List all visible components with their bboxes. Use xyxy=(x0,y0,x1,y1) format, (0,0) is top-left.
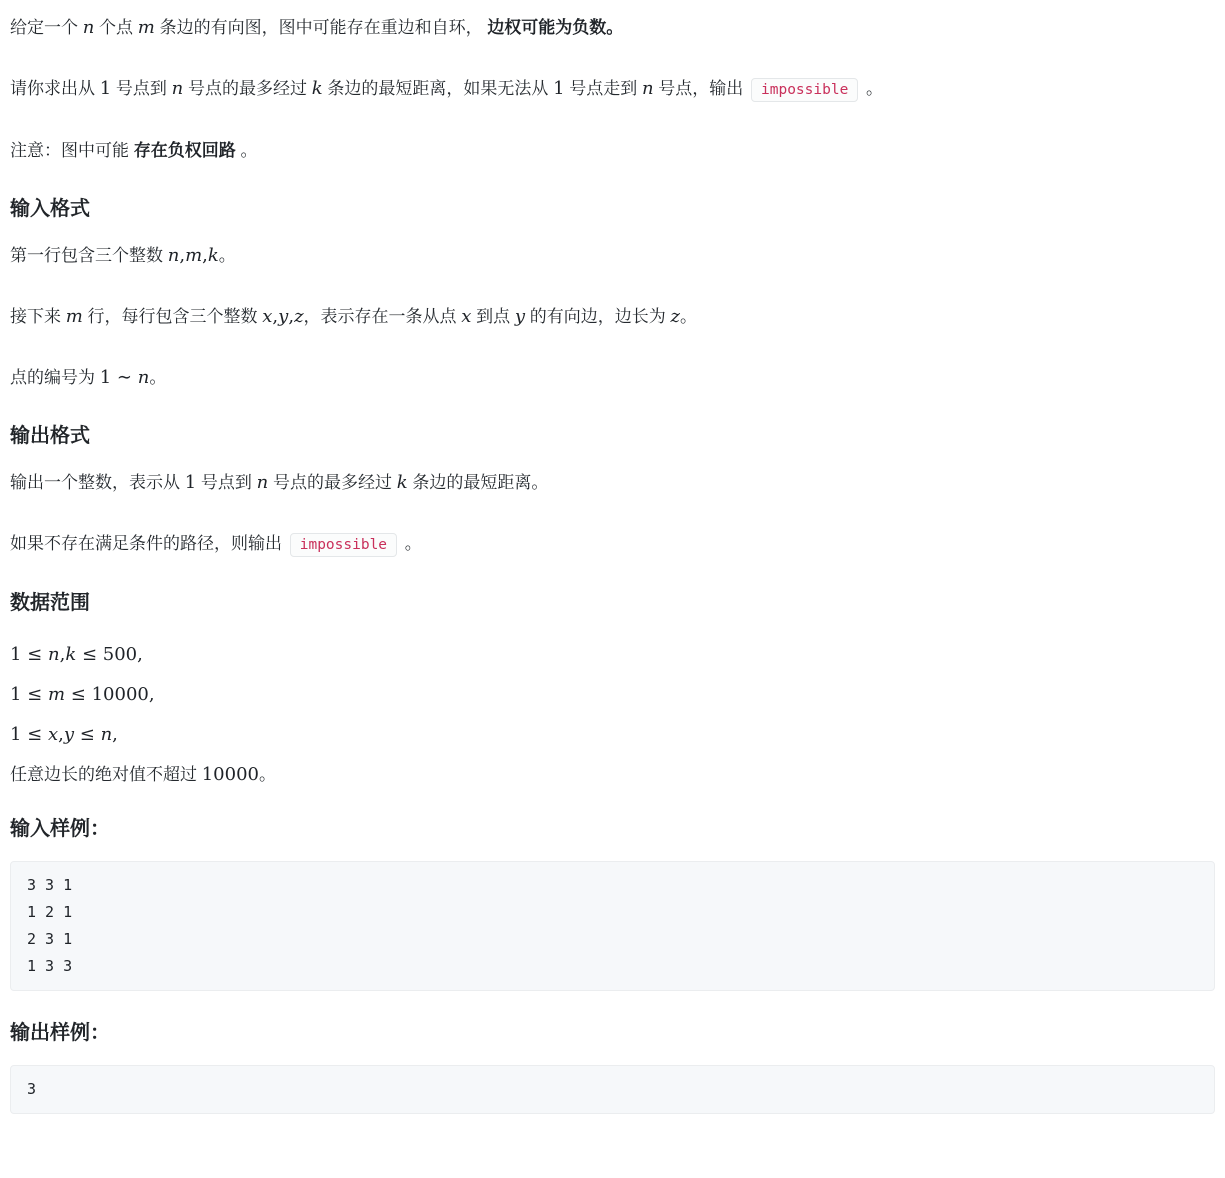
math: 1 ≤ xyxy=(10,684,48,705)
paragraph-input-line3: 点的编号为 1 ∼ n。 xyxy=(10,363,1215,393)
math: 1 xyxy=(185,472,196,493)
text-run: 接下来 xyxy=(10,307,66,326)
text-run: 条边的最短距离，如果无法从 xyxy=(323,79,553,98)
heading-output-format: 输出格式 xyxy=(10,424,1215,448)
data-range-line: 1 ≤ x,y ≤ n, xyxy=(10,715,1215,755)
paragraph-input-line1: 第一行包含三个整数 n,m,k。 xyxy=(10,241,1215,271)
paragraph-data-range: 1 ≤ n,k ≤ 500, 1 ≤ m ≤ 10000, 1 ≤ x,y ≤ … xyxy=(10,635,1215,795)
math-var: y xyxy=(515,306,525,327)
bold-text: 边权可能为负数。 xyxy=(487,18,623,37)
paragraph-output-line1: 输出一个整数，表示从 1 号点到 n 号点的最多经过 k 条边的最短距离。 xyxy=(10,468,1215,498)
math-var: n xyxy=(642,78,654,99)
math-var: k xyxy=(312,78,323,99)
math-var: n xyxy=(101,724,113,745)
heading-output-sample: 输出样例： xyxy=(10,1021,1215,1045)
heading-input-sample: 输入样例： xyxy=(10,817,1215,841)
math-var: z xyxy=(671,306,680,327)
math: 1 xyxy=(553,78,564,99)
math-var: y xyxy=(278,306,288,327)
math-var: m xyxy=(66,306,83,327)
text-run: 。 xyxy=(236,141,258,160)
text-run: 点的编号为 xyxy=(10,368,100,387)
text-run: 。 xyxy=(219,246,236,265)
text-run: 号点的最多经过 xyxy=(183,79,311,98)
math-var: z xyxy=(294,306,303,327)
heading-input-format: 输入格式 xyxy=(10,197,1215,221)
text-run: 任意边长的绝对值不超过 xyxy=(10,765,202,784)
text-run: 输出一个整数，表示从 xyxy=(10,473,185,492)
text-run: 号点到 xyxy=(196,473,256,492)
paragraph-task: 请你求出从 1 号点到 n 号点的最多经过 k 条边的最短距离，如果无法从 1 … xyxy=(10,74,1215,105)
paragraph-output-line2: 如果不存在满足条件的路径，则输出 impossible 。 xyxy=(10,529,1215,560)
text-run: ，表示存在一条从点 xyxy=(304,307,462,326)
text-run: 号点走到 xyxy=(565,79,642,98)
inline-code: impossible xyxy=(290,533,397,557)
math: , xyxy=(137,644,143,665)
math: , xyxy=(149,684,155,705)
text-run: 号点的最多经过 xyxy=(268,473,396,492)
text-run: 。 xyxy=(680,307,697,326)
text-run: 条边的有向图，图中可能存在重边和自环， xyxy=(155,18,487,37)
math-var: k xyxy=(65,644,76,665)
text-run: 。 xyxy=(149,368,166,387)
math-var: m xyxy=(48,684,65,705)
text-run: 。 xyxy=(259,765,276,784)
math: 1 ∼ xyxy=(100,367,138,388)
text-run: 。 xyxy=(400,534,422,553)
text-run: 到点 xyxy=(471,307,514,326)
math-var: k xyxy=(397,472,408,493)
output-sample-code-block: 3 xyxy=(10,1065,1215,1114)
text-run: 注意：图中可能 xyxy=(10,141,134,160)
math: 1 ≤ xyxy=(10,644,48,665)
math-var: k xyxy=(208,245,219,266)
math-var: x xyxy=(262,306,272,327)
text-run: 号点，输出 xyxy=(654,79,748,98)
math: 1 xyxy=(100,78,111,99)
math: 1 ≤ xyxy=(10,724,48,745)
paragraph-input-line2: 接下来 m 行，每行包含三个整数 x,y,z，表示存在一条从点 x 到点 y 的… xyxy=(10,302,1215,332)
data-range-line: 1 ≤ n,k ≤ 500, xyxy=(10,635,1215,675)
math: ≤ 10000 xyxy=(65,684,149,705)
math: , xyxy=(112,724,118,745)
data-range-line: 1 ≤ m ≤ 10000, xyxy=(10,675,1215,715)
math-var: y xyxy=(64,724,74,745)
math-var: x xyxy=(48,724,58,745)
text-run: 给定一个 xyxy=(10,18,83,37)
text-run: 条边的最短距离。 xyxy=(408,473,549,492)
math-var: n xyxy=(257,472,269,493)
math-var: n xyxy=(48,644,60,665)
heading-data-range: 数据范围 xyxy=(10,591,1215,615)
math: ≤ xyxy=(74,724,101,745)
paragraph-intro: 给定一个 n 个点 m 条边的有向图，图中可能存在重边和自环， 边权可能为负数。 xyxy=(10,13,1215,43)
text-run: 。 xyxy=(861,79,883,98)
math-var: n xyxy=(168,245,180,266)
text-run: 第一行包含三个整数 xyxy=(10,246,168,265)
math-var: m xyxy=(138,17,155,38)
text-run: 个点 xyxy=(94,18,137,37)
text-run: 的有向边，边长为 xyxy=(525,307,670,326)
math-var: m xyxy=(185,245,202,266)
problem-statement: 给定一个 n 个点 m 条边的有向图，图中可能存在重边和自环， 边权可能为负数。… xyxy=(0,0,1225,1154)
math-var: n xyxy=(83,17,95,38)
text-run: 请你求出从 xyxy=(10,79,100,98)
input-sample-code-block: 3 3 1 1 2 1 2 3 1 1 3 3 xyxy=(10,861,1215,991)
text-run: 号点到 xyxy=(111,79,171,98)
math: ≤ 500 xyxy=(76,644,137,665)
text-run: 如果不存在满足条件的路径，则输出 xyxy=(10,534,287,553)
bold-text: 存在负权回路 xyxy=(134,141,236,160)
inline-code: impossible xyxy=(751,78,858,102)
math-var: n xyxy=(172,78,184,99)
math-var: n xyxy=(138,367,150,388)
text-run: 行，每行包含三个整数 xyxy=(83,307,262,326)
paragraph-note: 注意：图中可能 存在负权回路 。 xyxy=(10,136,1215,166)
math-var: x xyxy=(461,306,471,327)
math: 10000 xyxy=(202,764,259,785)
data-range-line: 任意边长的绝对值不超过 10000。 xyxy=(10,755,1215,795)
